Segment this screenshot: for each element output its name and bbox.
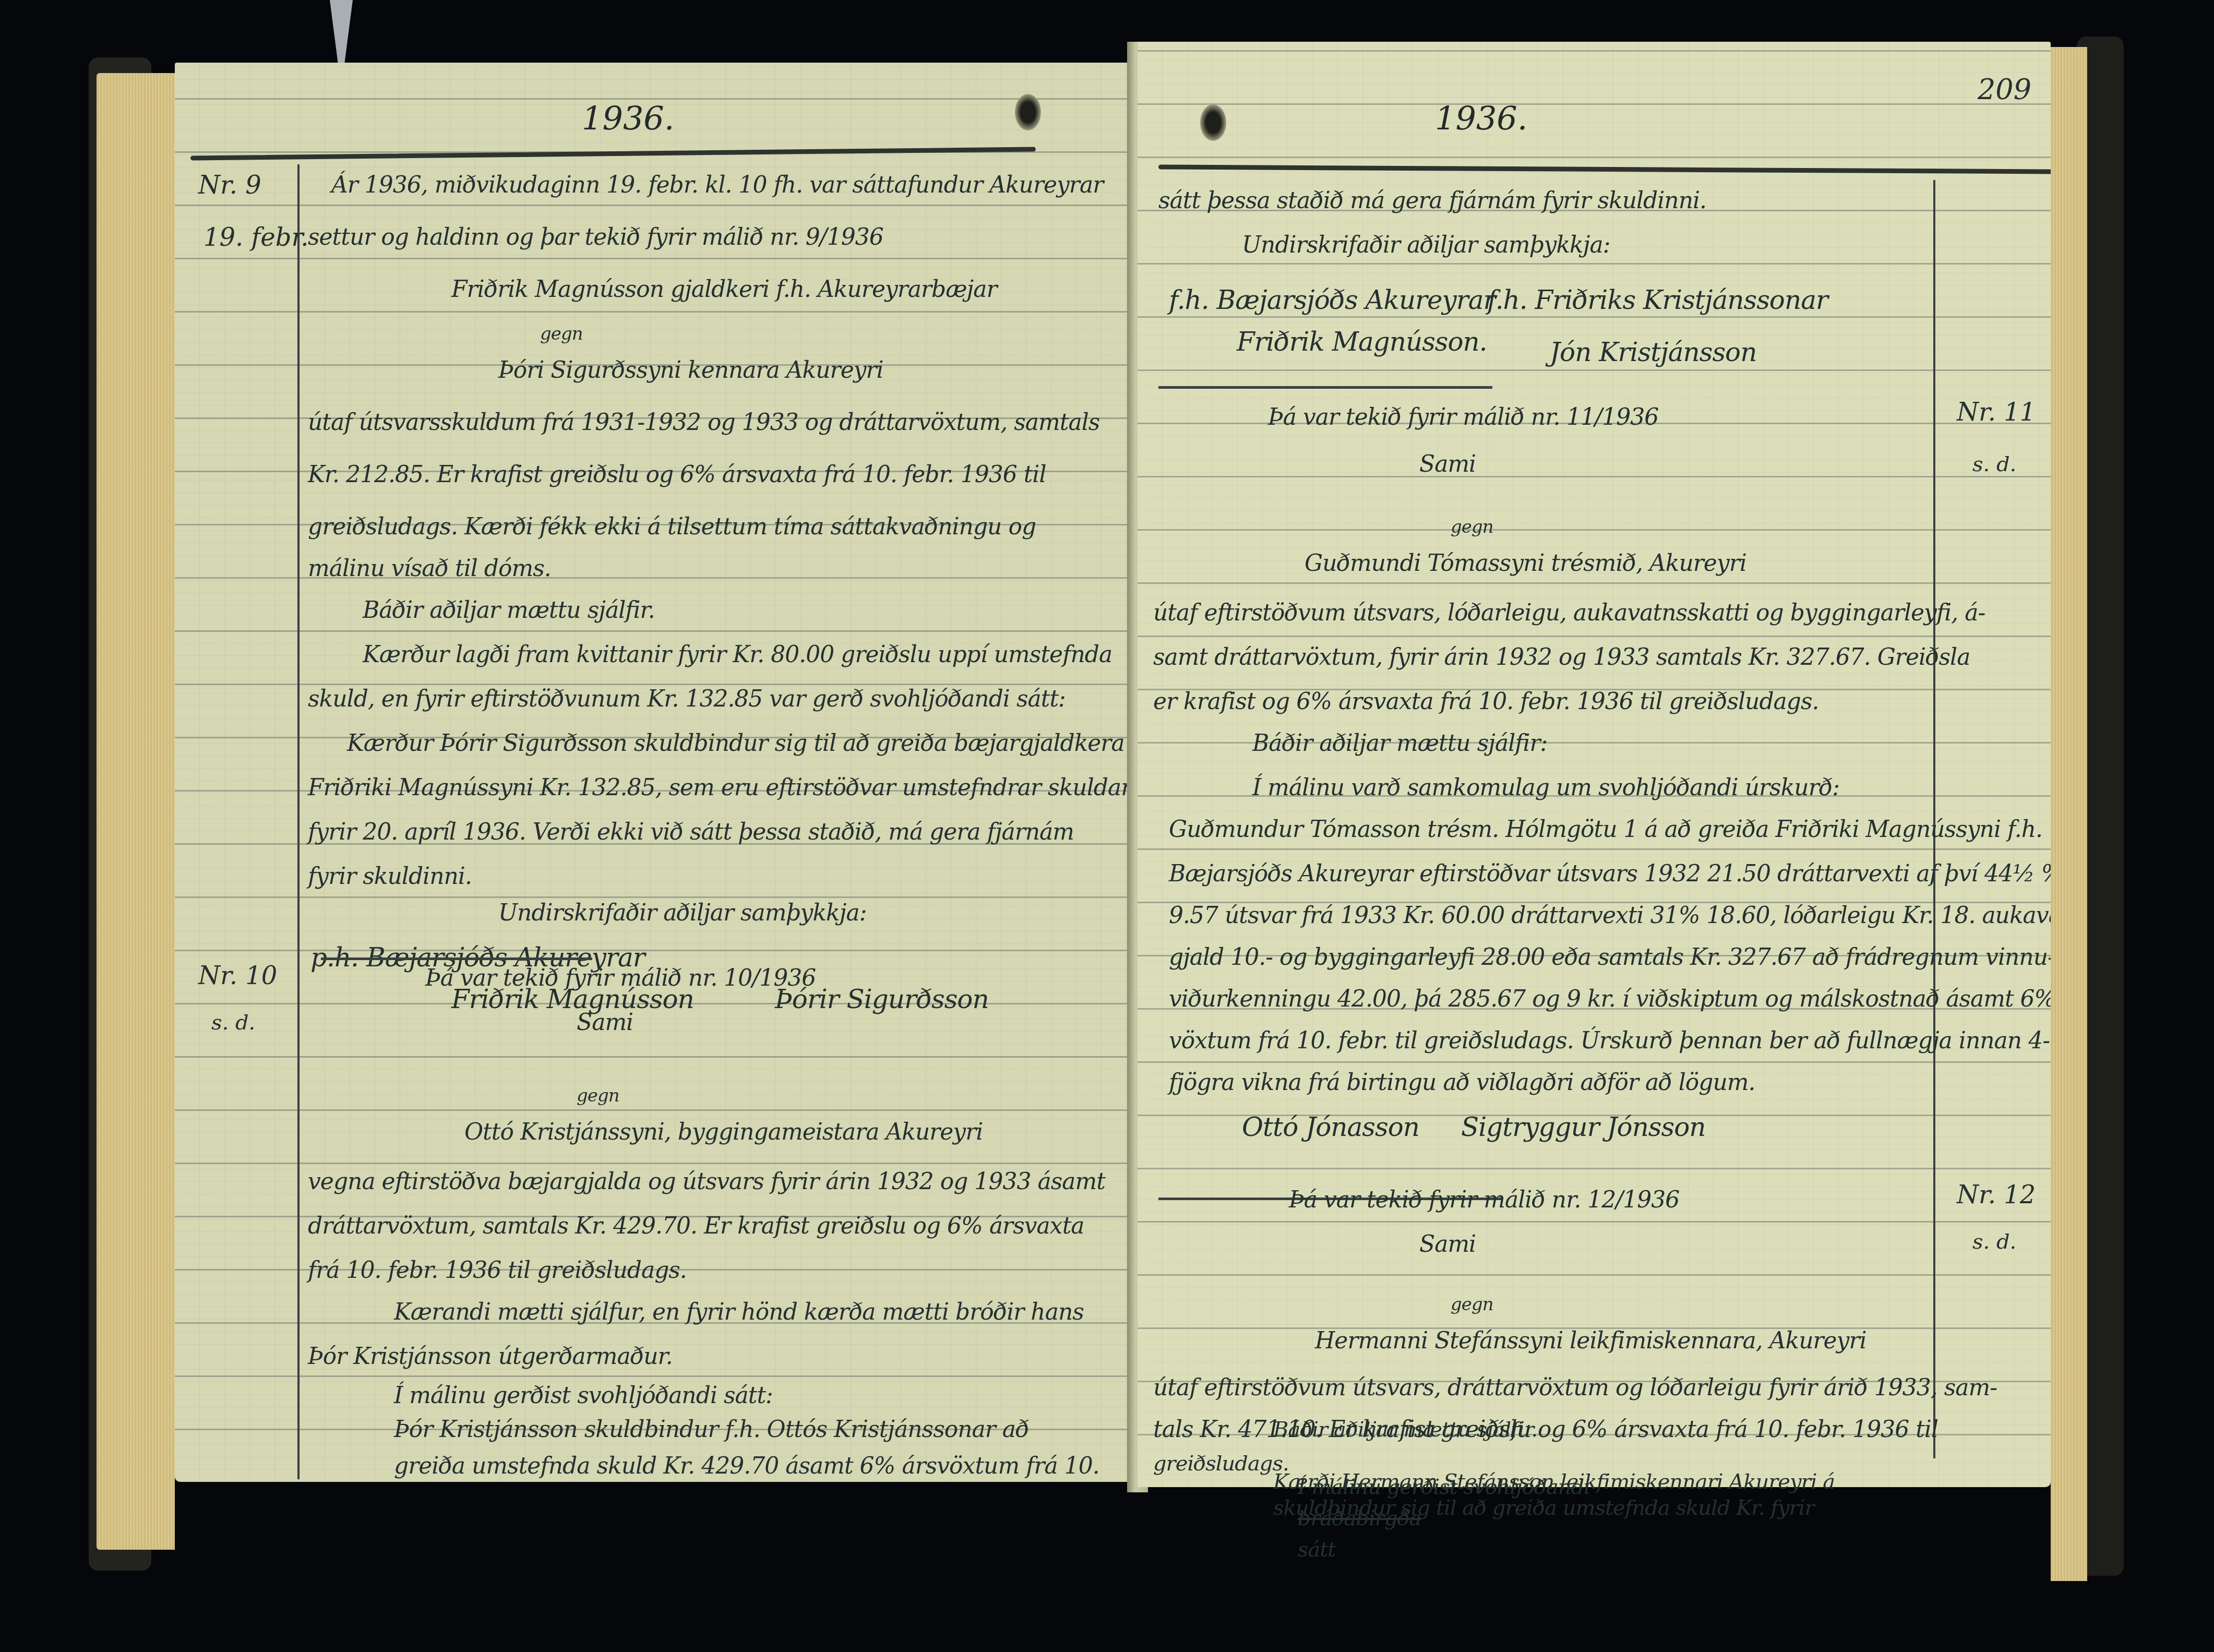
signature-left-2: Friðrik Magnússon. <box>1237 316 1487 368</box>
entry-12-line-2: Sami <box>1419 1218 1476 1271</box>
entry-9-line-7: Kr. 212.85. Er krafist greiðslu og 6% ár… <box>308 449 1046 501</box>
header-rule-left <box>190 147 1036 161</box>
entry-date: s. d. <box>211 997 255 1049</box>
after-struck-word: sátt <box>1298 1538 1336 1562</box>
entry-date: s. d. <box>1972 1216 2016 1268</box>
entry-9-plaintiff: Friðrik Magnússon gjaldkeri f.h. Akureyr… <box>451 264 997 316</box>
signature-2: Sigtryggur Jónsson <box>1461 1101 1705 1153</box>
entry-10-line-12: greiða umstefnda skuld Kr. 429.70 ásamt … <box>394 1440 1099 1482</box>
entry-9-defendant: Þóri Sigurðssyni kennara Akureyri <box>498 344 883 397</box>
entry-date: 19. febr. <box>204 211 308 264</box>
entry-9-line-2: settur og haldinn og þar tekið fyrir mál… <box>308 211 883 264</box>
entry-10-defendant: Ottó Kristjánssyni, byggingameistara Aku… <box>464 1106 983 1158</box>
struck-word: bráðabirgða <box>1298 1506 1421 1530</box>
entry-12-line-11: skuldbindur sig til að greiða umstefnda … <box>1273 1492 1814 1524</box>
margin-divider-left <box>297 164 300 1479</box>
page-edges-right <box>2051 47 2087 1581</box>
entry-number: Nr. 9 <box>198 159 261 211</box>
signature-right-2: Jón Kristjánsson <box>1550 326 1756 378</box>
entry-date: s. d. <box>1972 438 2016 490</box>
entry-11-defendant: Guðmundi Tómassyni trésmið, Akureyri <box>1305 537 1746 590</box>
entry-10-line-2: Sami <box>577 997 633 1049</box>
entry-11-line-2: Sami <box>1419 438 1476 490</box>
entry-9-line-6: útaf útsvarsskuldum frá 1931-1932 og 193… <box>308 397 1099 449</box>
page-number: 209 <box>1978 73 2031 106</box>
entry-11-line-1: Þá var tekið fyrir málið nr. 11/1936 <box>1268 391 1658 444</box>
punch-hole-right <box>1200 104 1226 141</box>
entry-number: Nr. 12 <box>1957 1169 2036 1221</box>
page-edges-left <box>97 73 175 1550</box>
entry-number: Nr. 10 <box>198 950 277 1002</box>
entry-12-line-1: Þá var tekið fyrir málið nr. 12/1936 <box>1289 1174 1679 1226</box>
entry-12-defendant: Hermanni Stefánssyni leikfimiskennara, A… <box>1315 1315 1866 1367</box>
ledger-page-left: 1936. Nr. 9 19. febr. Ár 1936, miðvikuda… <box>175 63 1132 1482</box>
signature-1: Ottó Jónasson <box>1242 1101 1419 1153</box>
page-year-right: 1936. <box>1435 99 1528 137</box>
entry-9-line-16: fyrir skuldinni. <box>308 851 472 903</box>
entry-12-line-7: greiðsludags. <box>1153 1445 1289 1482</box>
punch-hole-left <box>1015 94 1041 130</box>
entry-12-tail: Báðir aðiljar mættu sjálfir. Í málinu ge… <box>1138 1487 2051 1652</box>
header-rule-right <box>1158 164 2051 174</box>
entry-number: Nr. 11 <box>1957 386 2036 438</box>
page-year-left: 1936. <box>582 99 675 137</box>
ledger-page-right: 1936. 209 sátt þessa staðið má gera fjár… <box>1138 42 2051 1487</box>
entry-9-line-1: Ár 1936, miðvikudaginn 19. febr. kl. 10 … <box>331 159 1103 211</box>
continuation-line-2: Undirskrifaðir aðiljar samþykkja: <box>1242 219 1610 271</box>
entry-separator <box>1158 386 1492 389</box>
signature-right-1: f.h. Friðriks Kristjánssonar <box>1487 274 1828 326</box>
